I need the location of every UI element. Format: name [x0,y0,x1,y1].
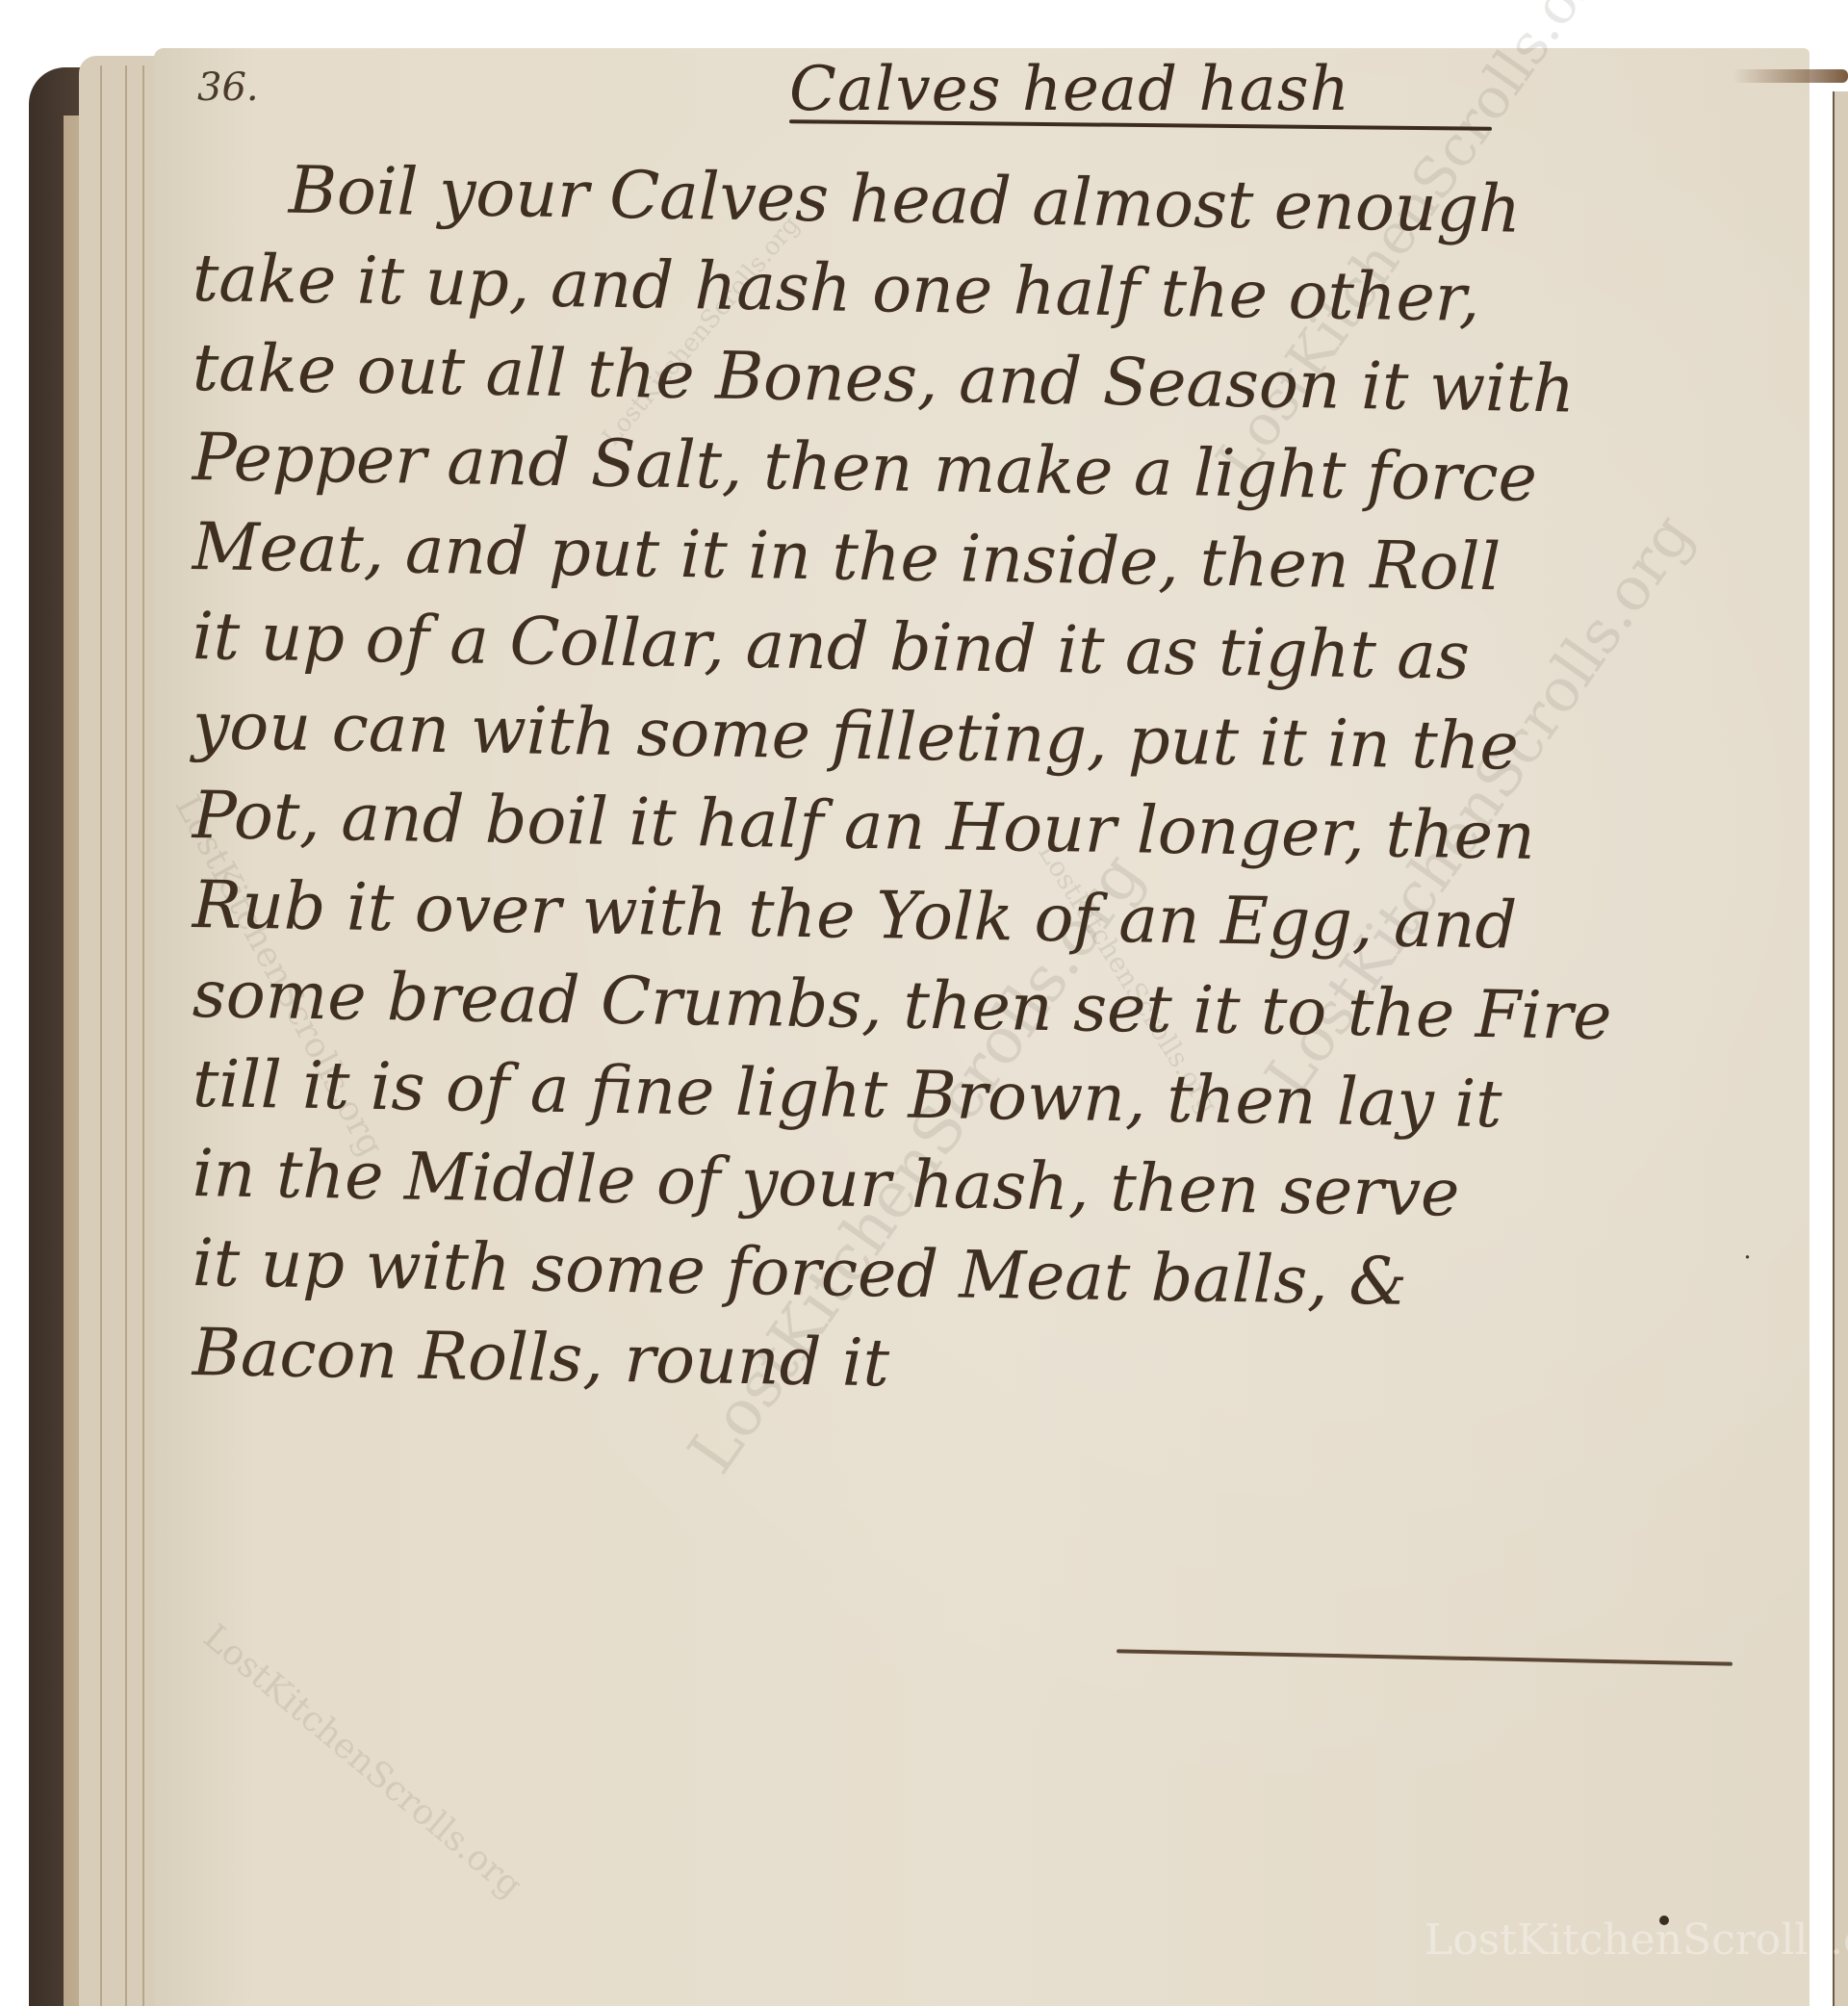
page-edge-line [125,65,127,2006]
page-edge-line [100,65,102,2006]
ink-spot [1659,1916,1669,1925]
watermark-text: LostKitchenScrolls.org [1424,1916,1848,1965]
next-leaf-edge [1833,91,1848,2006]
margin-mark: ˙ [1740,1251,1755,1285]
top-edge-stain [1732,69,1848,83]
recipe-title: Calves head hash [789,54,1350,125]
manuscript-scan: LostKitchenScrolls.org LostKitchenScroll… [0,0,1848,2006]
page-edge-line [142,65,144,2006]
recipe-body: Boil your Calves head almost enough take… [192,144,1790,1398]
page-number: 36. [197,65,259,110]
